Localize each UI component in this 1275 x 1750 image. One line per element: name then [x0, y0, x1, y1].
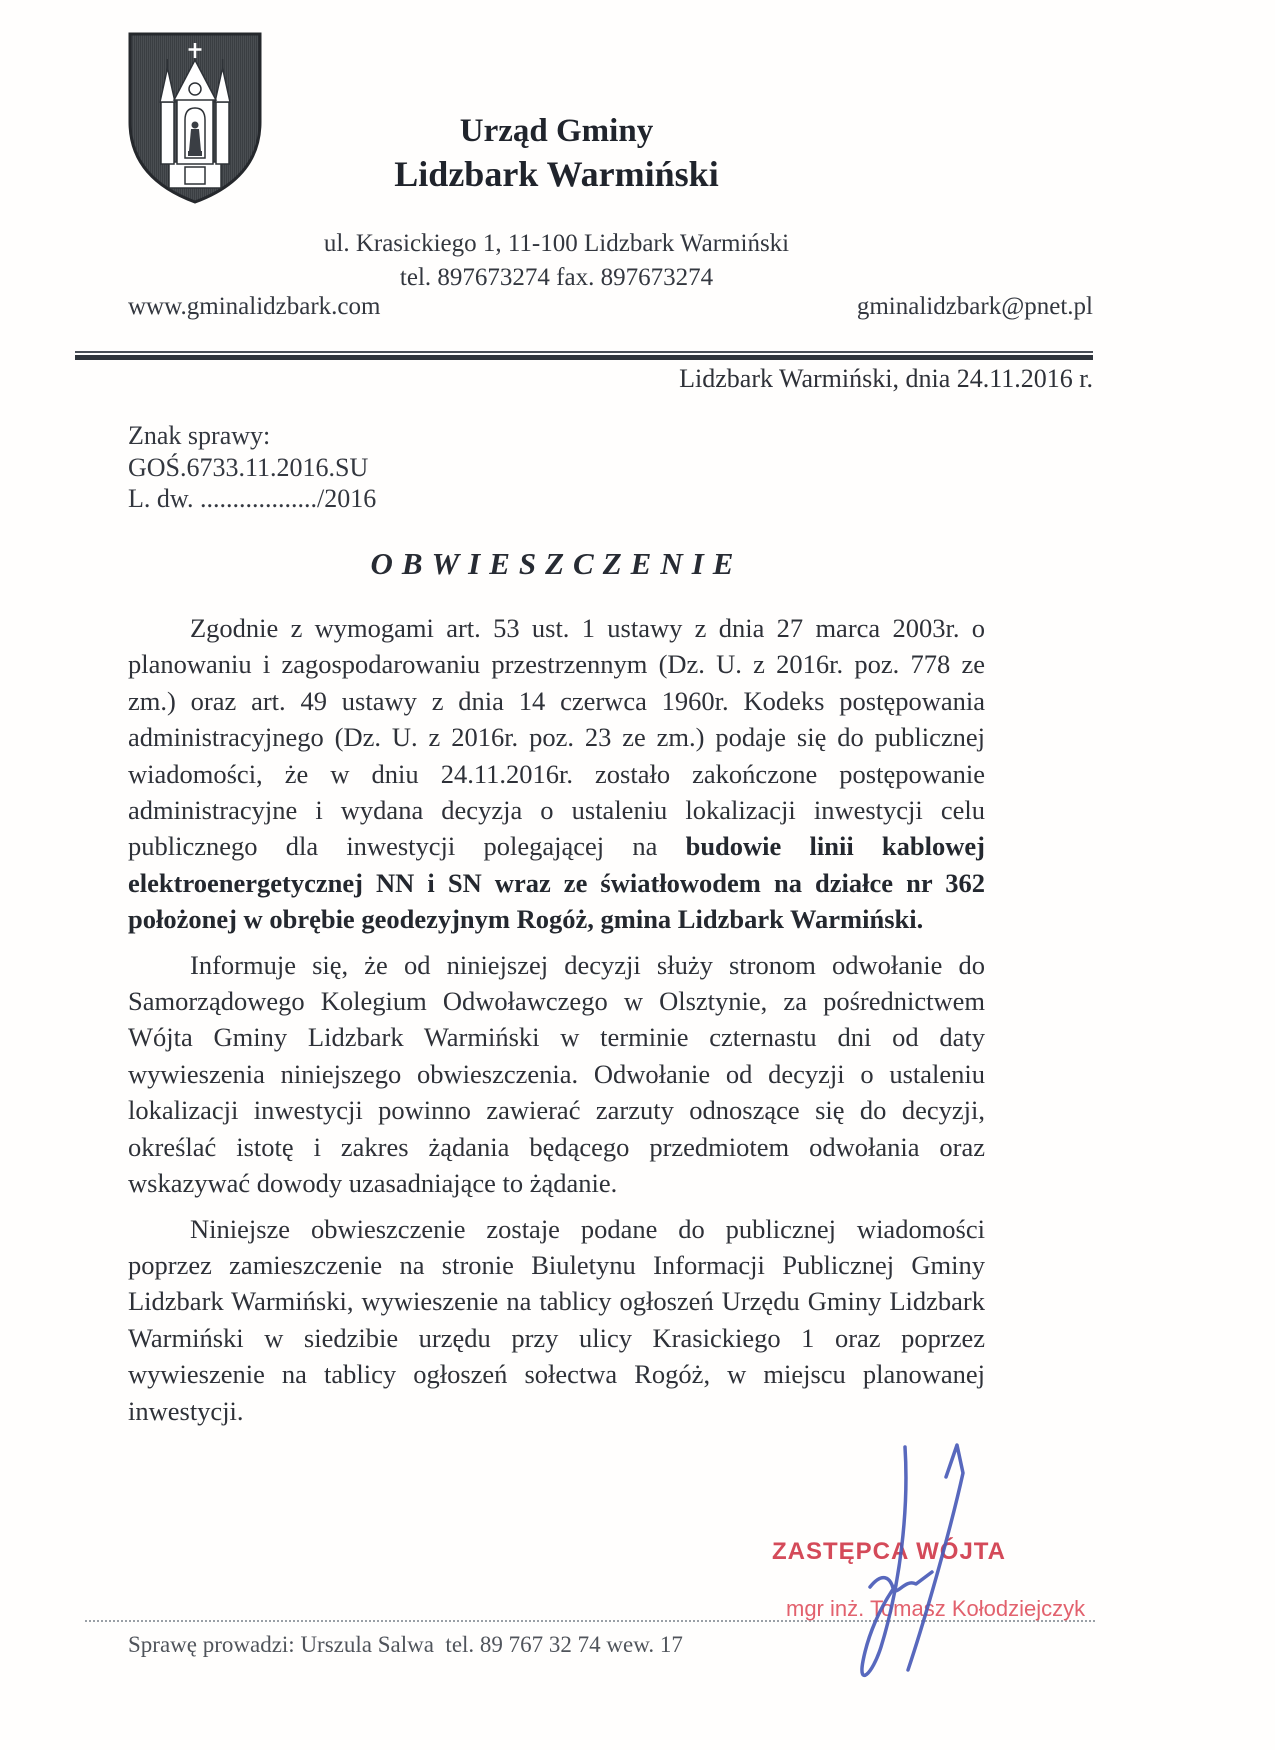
- paragraph-publication-info: Niniejsze obwieszczenie zostaje podane d…: [128, 1211, 985, 1429]
- case-label: Znak sprawy:: [128, 420, 376, 452]
- header-divider-thick-line: [75, 355, 1093, 360]
- paragraph-legal-basis: Zgodnie z wymogami art. 53 ust. 1 ustawy…: [128, 610, 985, 938]
- org-name-line2: Lidzbark Warmiński: [128, 152, 985, 196]
- address-line: ul. Krasickiego 1, 11-100 Lidzbark Warmi…: [128, 227, 985, 261]
- header-divider: [75, 351, 1093, 360]
- handwritten-signature: [808, 1425, 1003, 1695]
- phone-fax-line: tel. 897673274 fax. 897673274: [128, 261, 985, 295]
- document-body: Zgodnie z wymogami art. 53 ust. 1 ustawy…: [128, 610, 985, 1438]
- place-date-line: Lidzbark Warmiński, dnia 24.11.2016 r.: [679, 364, 1093, 394]
- contact-row: www.gminalidzbark.com gminalidzbark@pnet…: [128, 293, 1093, 321]
- website-text: www.gminalidzbark.com: [128, 293, 380, 321]
- email-text: gminalidzbark@pnet.pl: [857, 293, 1093, 321]
- paragraph-1-normal-text: Zgodnie z wymogami art. 53 ust. 1 ustawy…: [128, 613, 985, 861]
- scanned-document-page: Urząd Gminy Lidzbark Warmiński ul. Krasi…: [0, 0, 1275, 1750]
- case-number: GOŚ.6733.11.2016.SU: [128, 452, 376, 484]
- org-name-line1: Urząd Gminy: [128, 110, 985, 152]
- case-officer-contact: Sprawę prowadzi: Urszula Salwa tel. 89 7…: [128, 1632, 683, 1658]
- org-title: Urząd Gminy Lidzbark Warmiński: [128, 110, 985, 196]
- address-block: ul. Krasickiego 1, 11-100 Lidzbark Warmi…: [128, 227, 985, 295]
- ldw-number-line: L. dw. ................../2016: [128, 483, 376, 515]
- document-title: OBWIESZCZENIE: [128, 546, 985, 582]
- paragraph-appeal-info: Informuje się, że od niniejszej decyzji …: [128, 947, 985, 1202]
- case-reference-block: Znak sprawy: GOŚ.6733.11.2016.SU L. dw. …: [128, 420, 376, 515]
